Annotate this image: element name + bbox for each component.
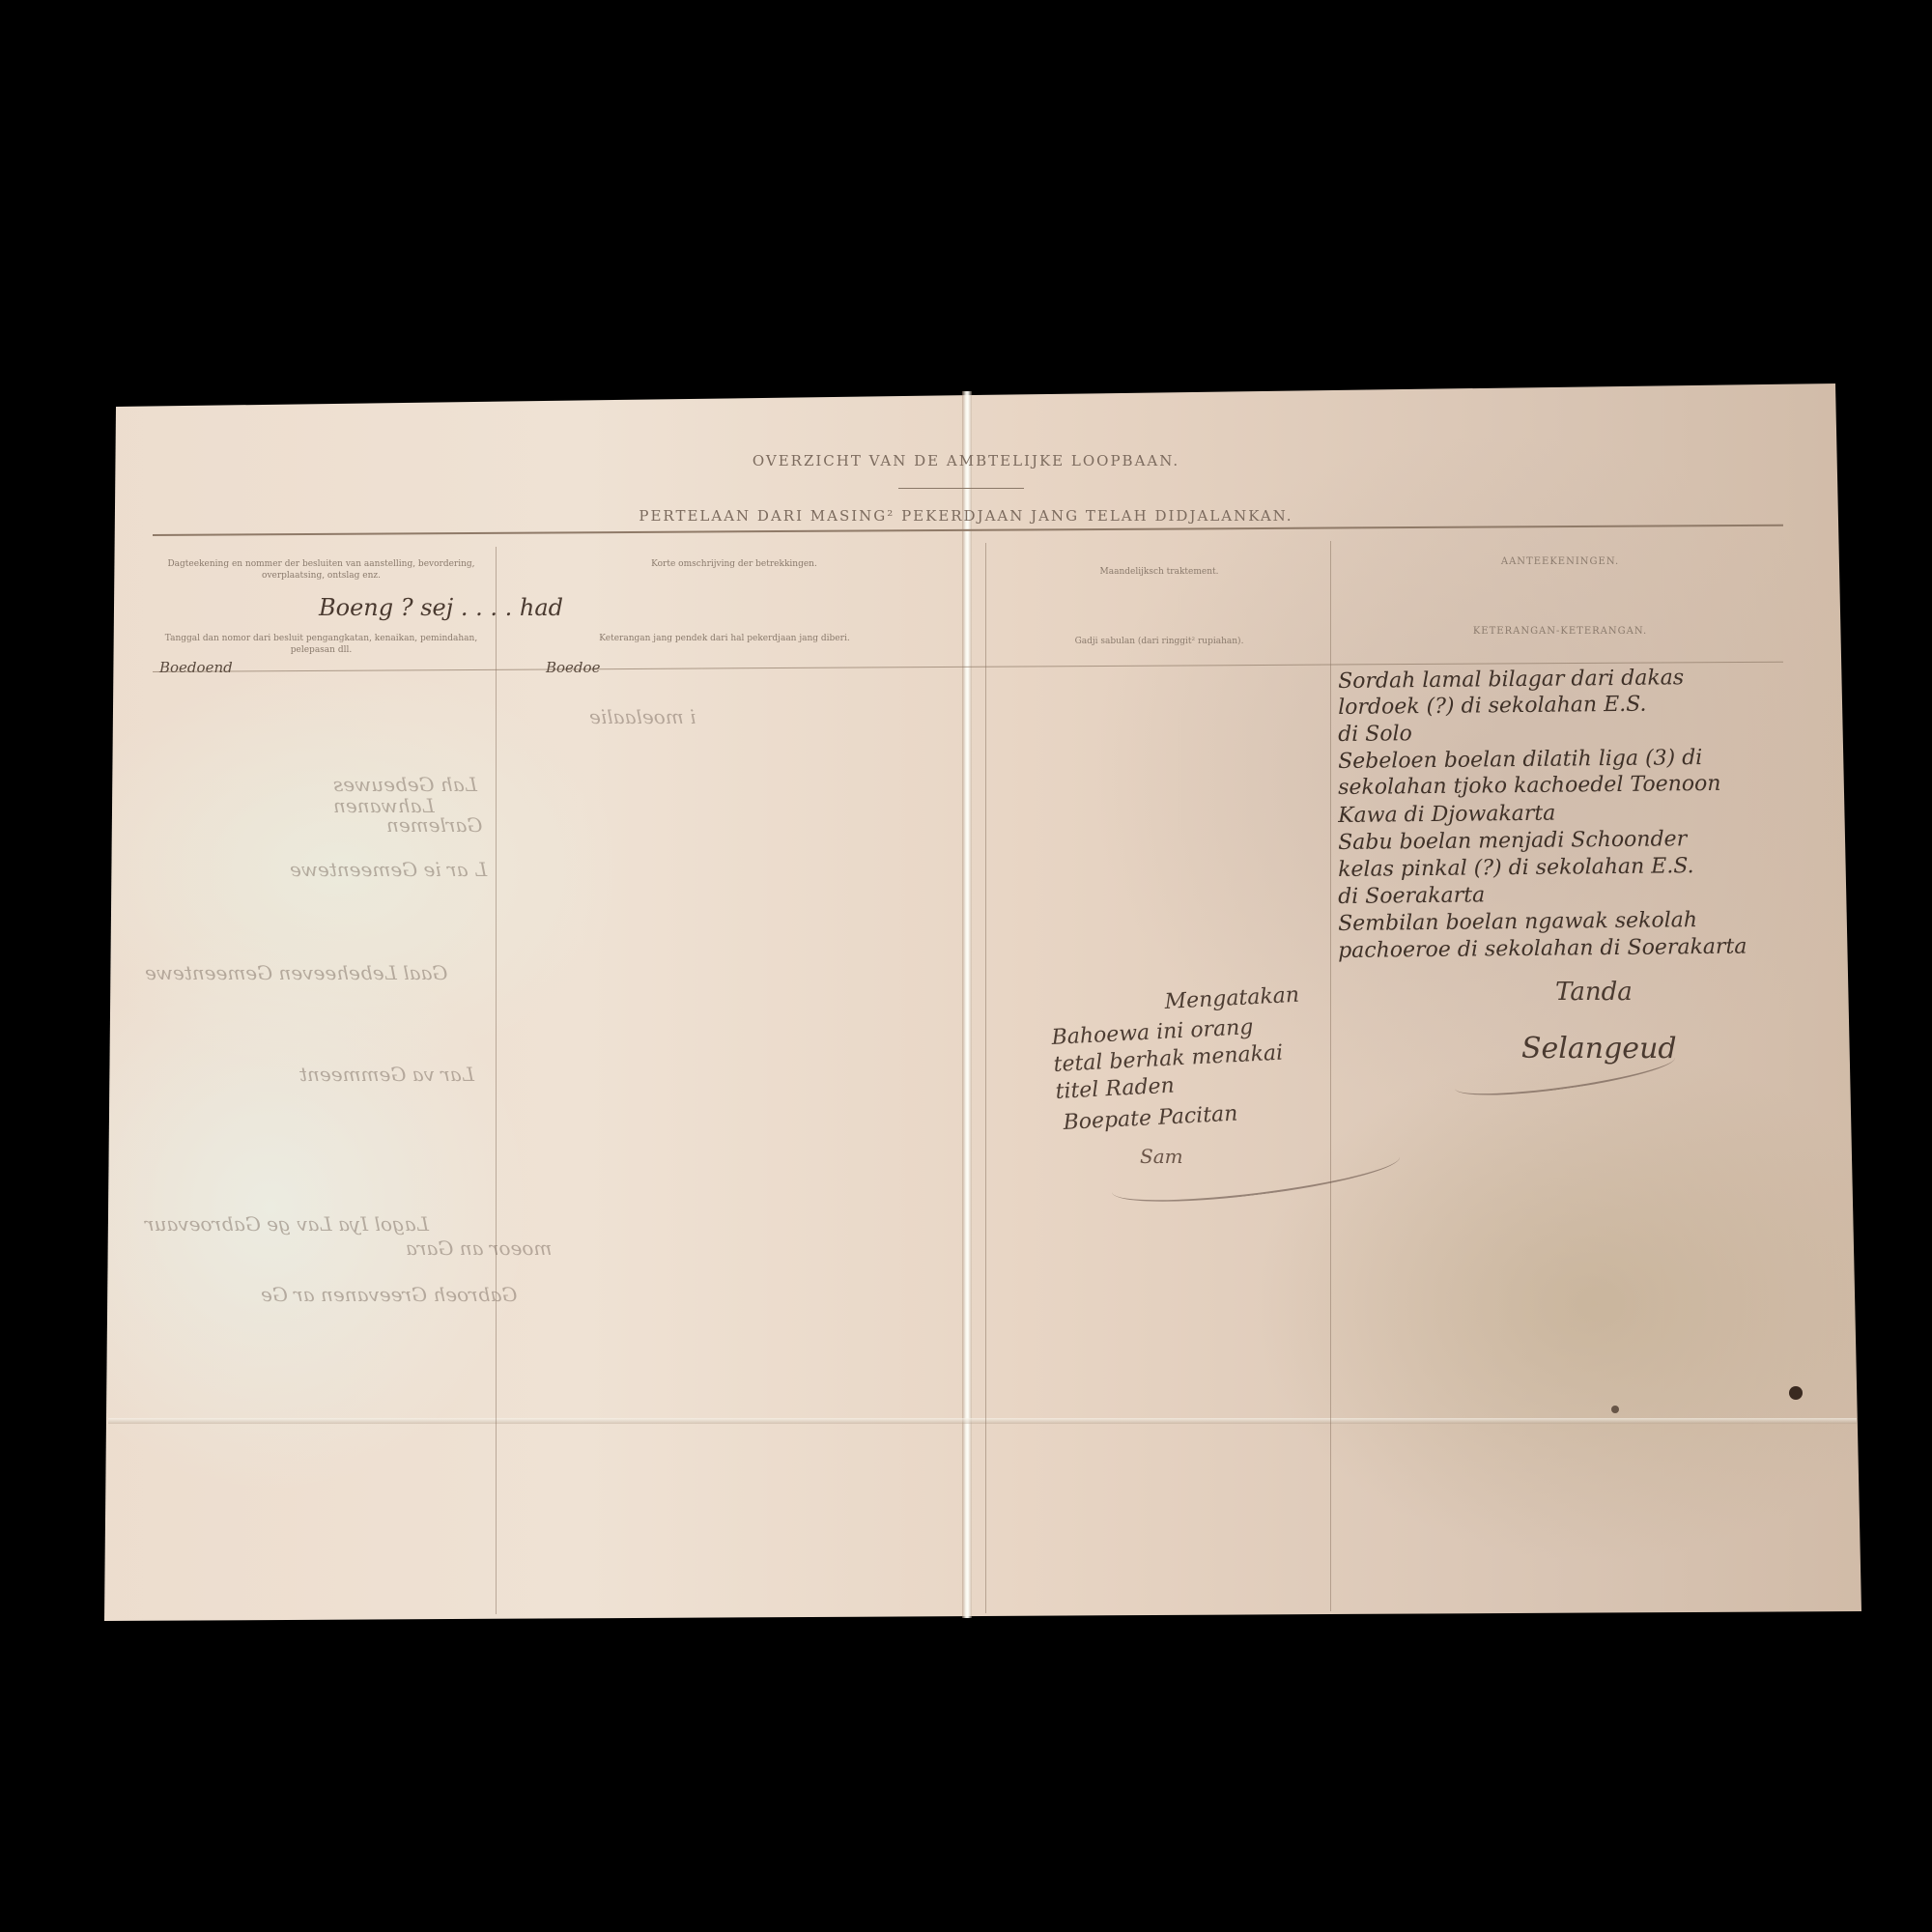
col4-header-dutch: AANTEEKENINGEN.	[1338, 556, 1782, 568]
bleedthrough-line: i moelaalie	[589, 705, 696, 728]
note-line: Sembilan boelan ngawak sekolah	[1338, 908, 1697, 937]
bleedthrough-line: Gaal Lebeheeven Gemeentewe	[145, 961, 447, 984]
header-handwriting-col2-under: Boedoe	[546, 659, 600, 676]
bleedthrough-line: moeor an Gara	[406, 1236, 552, 1260]
header-handwriting-col1-under: Boedoend	[159, 659, 233, 676]
note-line: Sordah lamal bilagar dari dakas	[1338, 666, 1684, 695]
ink-stain	[1789, 1386, 1803, 1400]
col2-header-malay: Keterangan jang pendek dari hal pekerdja…	[580, 633, 869, 644]
bleedthrough-line: Lah Gebeuwes	[333, 773, 477, 796]
vertical-fold-crease	[962, 391, 972, 1618]
col3-header-malay: Gadji sabulan (dari ringgit² rupiahan).	[995, 636, 1323, 647]
col4-header-malay: KETERANGAN-KETERANGAN.	[1338, 626, 1782, 638]
column-divider-2	[985, 543, 986, 1613]
col2-header-dutch: Korte omschrijving der betrekkingen.	[502, 558, 966, 570]
header-handwriting-col1: Boeng ? sej . . . . had	[319, 594, 563, 621]
bleedthrough-line: Lar va Gemmeent	[299, 1063, 474, 1086]
note-line: kelas pinkal (?) di sekolahan E.S.	[1338, 854, 1694, 883]
horizontal-fold-crease	[108, 1418, 1857, 1424]
col1-header-dutch: Dagteekening en nommer der besluiten van…	[155, 558, 488, 582]
column-divider-1	[496, 547, 497, 1614]
title-separator	[898, 488, 1024, 489]
col1-header-malay: Tanggal dan nomor dari besluit pengangka…	[155, 633, 488, 656]
note-line: pachoeroe di sekolahan di Soerakarta	[1338, 935, 1747, 964]
title-dutch: OVERZICHT VAN DE AMBTELIJKE LOOPBAAN.	[0, 452, 1932, 469]
note-line: lordoek (?) di sekolahan E.S.	[1338, 693, 1647, 721]
signature-label: Tanda	[1555, 978, 1633, 1007]
note-line: Sebeloen boelan dilatih liga (3) di	[1338, 746, 1702, 775]
note-line: Kawa di Djowakarta	[1338, 802, 1555, 829]
col3-header-dutch: Maandelijksch traktement.	[995, 566, 1323, 578]
ink-stain	[1611, 1406, 1619, 1413]
bleedthrough-line: Lagol Iya Lav ge Gabroevaur	[145, 1212, 429, 1236]
note-line: sekolahan tjoko kachoedel Toenoon	[1338, 772, 1721, 801]
note-line: di Solo	[1338, 722, 1412, 748]
bleedthrough-line: Gabroeh Greevanen ar Ge	[261, 1283, 517, 1306]
title-malay: PERTELAAN DARI MASING² PEKERDJAAN JANG T…	[0, 507, 1932, 525]
column-divider-3	[1330, 541, 1331, 1611]
note-line: Sabu boelan menjadi Schoonder	[1338, 827, 1687, 856]
document-photo: OVERZICHT VAN DE AMBTELIJKE LOOPBAAN. PE…	[0, 0, 1932, 1932]
bleedthrough-line: Garlemen	[386, 813, 482, 837]
middle-note-signature: Sam	[1140, 1145, 1183, 1168]
note-line: di Soerakarta	[1338, 883, 1485, 910]
bleedthrough-line: L ar ie Gemeentewe	[290, 858, 487, 881]
